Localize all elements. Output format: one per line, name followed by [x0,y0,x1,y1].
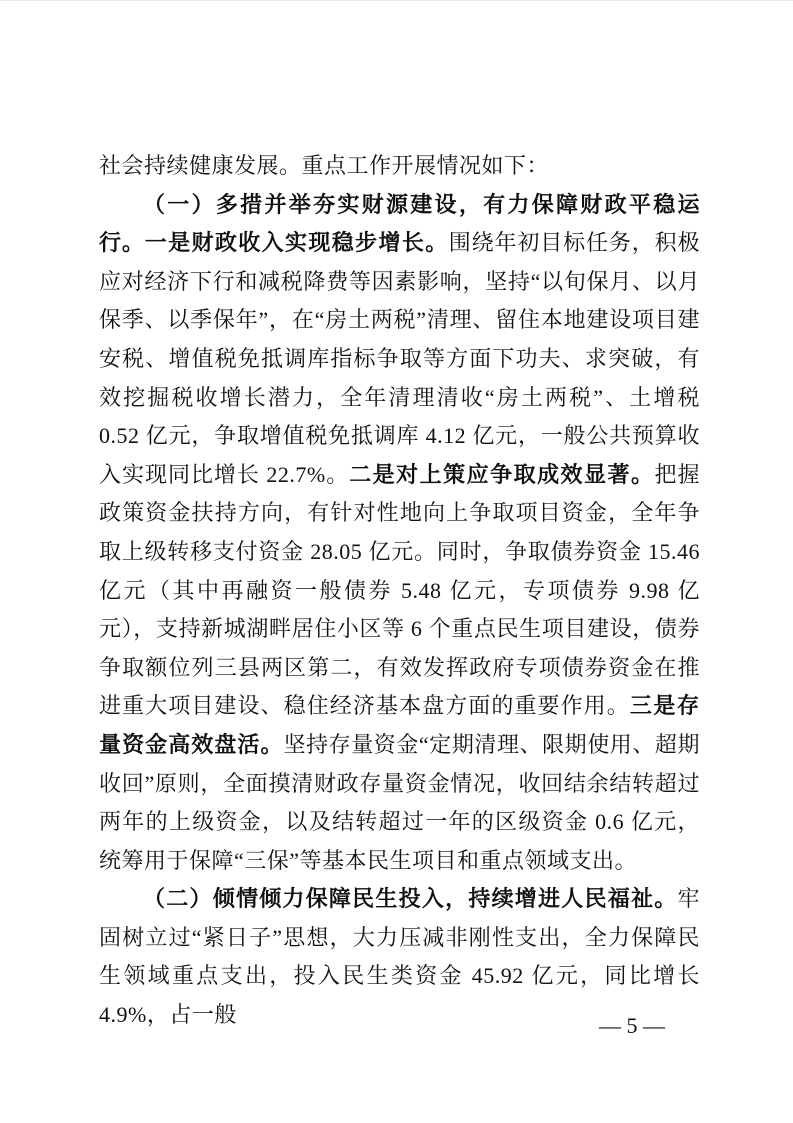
section-heading: （二）倾情倾力保障民生投入，持续增进人民福祉。 [143,886,677,911]
body-text: 围绕年初目标任务，积极应对经济下行和减税降费等因素影响，坚持“以旬保月、以月保季… [99,230,700,487]
document-body: 社会持续健康发展。重点工作开展情况如下：（一）多措并举夯实财源建设，有力保障财政… [99,147,700,1035]
page-number: — 5 — [599,1013,665,1038]
sub-heading: 二是对上策应争取成效显著。 [349,462,654,487]
document-page: 社会持续健康发展。重点工作开展情况如下：（一）多措并举夯实财源建设，有力保障财政… [0,0,793,1123]
body-text: 社会持续健康发展。重点工作开展情况如下： [99,153,549,178]
paragraph: （一）多措并举夯实财源建设，有力保障财政平稳运行。一是财政收入实现稳步增长。围绕… [99,186,700,881]
sub-heading: 一是财政收入实现稳步增长。 [145,230,449,255]
page-footer: — 5 — [599,1011,665,1041]
paragraph: 社会持续健康发展。重点工作开展情况如下： [99,147,700,186]
body-text: 把握政策资金扶持方向，有针对性地向上争取项目资金，全年争取上级转移支付资金 28… [99,462,700,719]
